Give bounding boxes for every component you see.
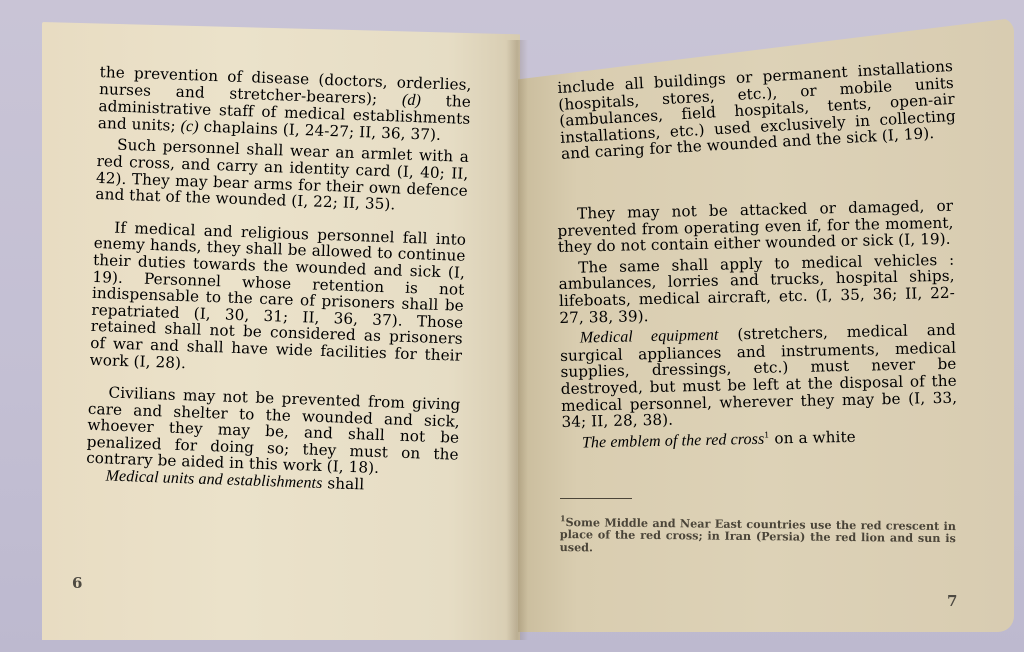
- paragraph: Such personnel shall wear an armlet with…: [95, 136, 469, 215]
- footnote: 1Some Middle and Near East countries use…: [560, 516, 956, 557]
- right-page-body-lower: They may not be attacked or damaged, or …: [557, 198, 958, 453]
- paragraph: the prevention of disease (doctors, orde…: [98, 64, 472, 145]
- paragraph: Medical equipment (stretchers, medical a…: [560, 322, 958, 431]
- footnote-divider: [560, 498, 632, 499]
- paragraph: The same shall apply to medical vehicles…: [558, 251, 955, 326]
- page-number-right: 7: [947, 592, 957, 610]
- page-number-left: 6: [72, 574, 82, 592]
- paragraph: Civilians may not be prevented from givi…: [86, 384, 461, 480]
- paragraph: They may not be attacked or damaged, or …: [557, 198, 954, 256]
- left-page-body: the prevention of disease (doctors, orde…: [85, 64, 471, 497]
- paragraph: If medical and religious personnel fall …: [89, 219, 466, 381]
